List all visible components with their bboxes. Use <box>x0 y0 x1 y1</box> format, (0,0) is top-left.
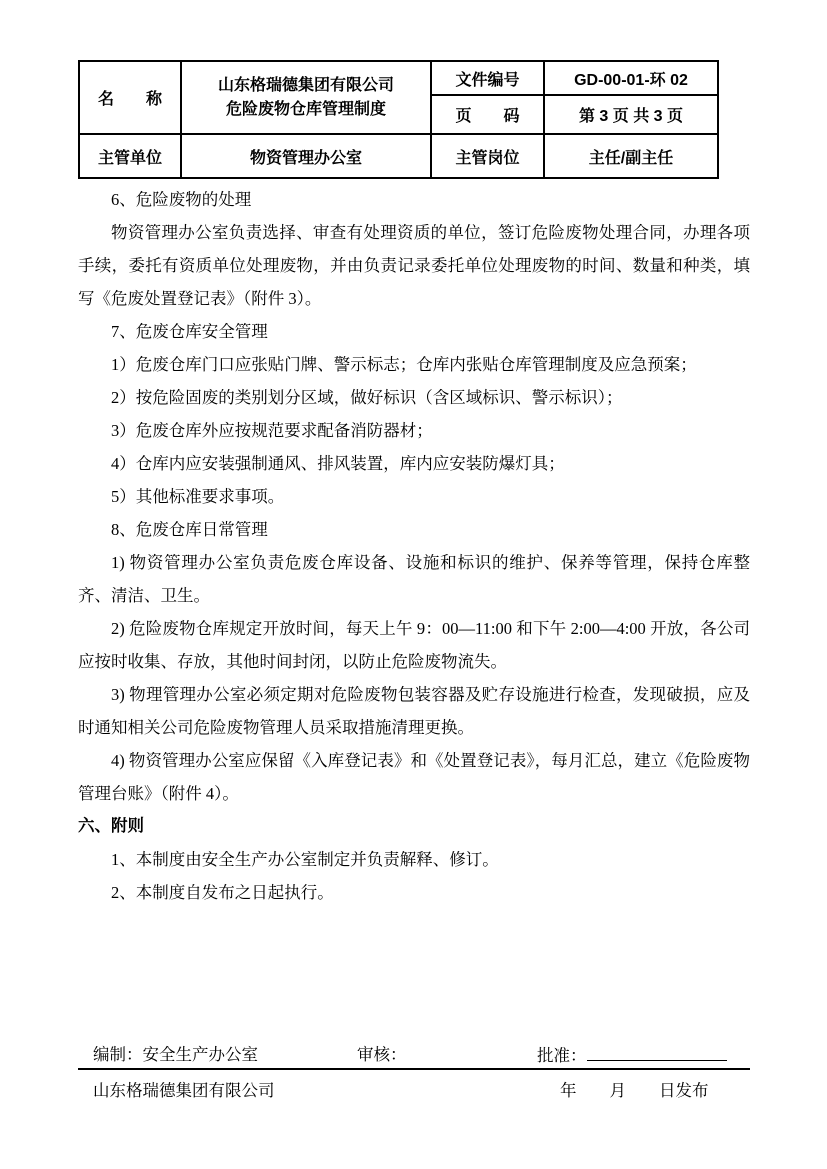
managing-dept-value: 物资管理办公室 <box>181 134 431 178</box>
doc-number-value: GD-00-01-环 02 <box>544 61 718 95</box>
publish-date: 年 月 日发布 <box>560 1076 709 1106</box>
list-item: 1）危废仓库门口应张贴门牌、警示标志；仓库内张贴仓库管理制度及应急预案； <box>78 348 750 381</box>
doc-title-cell: 山东格瑞德集团有限公司 危险废物仓库管理制度 <box>181 61 431 134</box>
prepared-by-field: 编制：安全生产办公室 <box>93 1042 258 1068</box>
paragraph: 物资管理办公室负责选择、审查有处理资质的单位，签订危险废物处理合同，办理各项手续… <box>78 216 750 315</box>
list-item: 4）仓库内应安装强制通风、排风装置，库内应安装防爆灯具； <box>78 447 750 480</box>
list-item: 1) 物资管理办公室负责危废仓库设备、设施和标识的维护、保养等管理，保持仓库整齐… <box>78 546 750 612</box>
signature-row: 编制：安全生产办公室 审核： 批准： <box>78 1042 750 1068</box>
document-header-table: 名 称 山东格瑞德集团有限公司 危险废物仓库管理制度 文件编号 GD-00-01… <box>78 60 719 179</box>
list-item: 5）其他标准要求事项。 <box>78 480 750 513</box>
approved-by-label: 批准： <box>537 1046 587 1065</box>
approved-by-blank-line <box>587 1042 727 1061</box>
section-8-heading: 8、危废仓库日常管理 <box>78 513 750 546</box>
section-7-heading: 7、危废仓库安全管理 <box>78 315 750 348</box>
prepared-by-label: 编制： <box>93 1045 143 1064</box>
document-body: 6、危险废物的处理 物资管理办公室负责选择、审查有处理资质的单位，签订危险废物处… <box>78 183 750 909</box>
chapter-6-heading: 六、附则 <box>78 810 750 843</box>
approved-by-field: 批准： <box>537 1042 727 1069</box>
list-item: 2、本制度自发布之日起执行。 <box>78 876 750 909</box>
list-item: 3）危废仓库外应按规范要求配备消防器材； <box>78 414 750 447</box>
section-6-heading: 6、危险废物的处理 <box>78 183 750 216</box>
doc-subtitle: 危险废物仓库管理制度 <box>184 98 428 122</box>
footer-divider-line <box>78 1068 750 1070</box>
managing-post-label: 主管岗位 <box>431 134 544 178</box>
company-title: 山东格瑞德集团有限公司 <box>184 74 428 98</box>
reviewed-by-field: 审核： <box>357 1042 407 1068</box>
document-page: 名 称 山东格瑞德集团有限公司 危险废物仓库管理制度 文件编号 GD-00-01… <box>0 0 827 1169</box>
page-code-label: 页 码 <box>431 95 544 134</box>
prepared-by-value: 安全生产办公室 <box>143 1045 259 1064</box>
managing-dept-label: 主管单位 <box>79 134 181 178</box>
footer-company-name: 山东格瑞德集团有限公司 <box>93 1076 275 1106</box>
list-item: 1、本制度由安全生产办公室制定并负责解释、修订。 <box>78 843 750 876</box>
managing-post-value: 主任/副主任 <box>544 134 718 178</box>
page-code-value: 第 3 页 共 3 页 <box>544 95 718 134</box>
list-item: 4) 物资管理办公室应保留《入库登记表》和《处置登记表》，每月汇总，建立《危险废… <box>78 744 750 810</box>
list-item: 3) 物理管理办公室必须定期对危险废物包装容器及贮存设施进行检查，发现破损，应及… <box>78 678 750 744</box>
doc-number-label: 文件编号 <box>431 61 544 95</box>
list-item: 2）按危险固废的类别划分区域，做好标识（含区域标识、警示标识）； <box>78 381 750 414</box>
reviewed-by-label: 审核： <box>357 1045 407 1064</box>
publication-row: 山东格瑞德集团有限公司 年 月 日发布 <box>78 1076 750 1106</box>
list-item: 2) 危险废物仓库规定开放时间，每天上午 9：00—11:00 和下午 2:00… <box>78 612 750 678</box>
doc-name-label: 名 称 <box>79 61 181 134</box>
